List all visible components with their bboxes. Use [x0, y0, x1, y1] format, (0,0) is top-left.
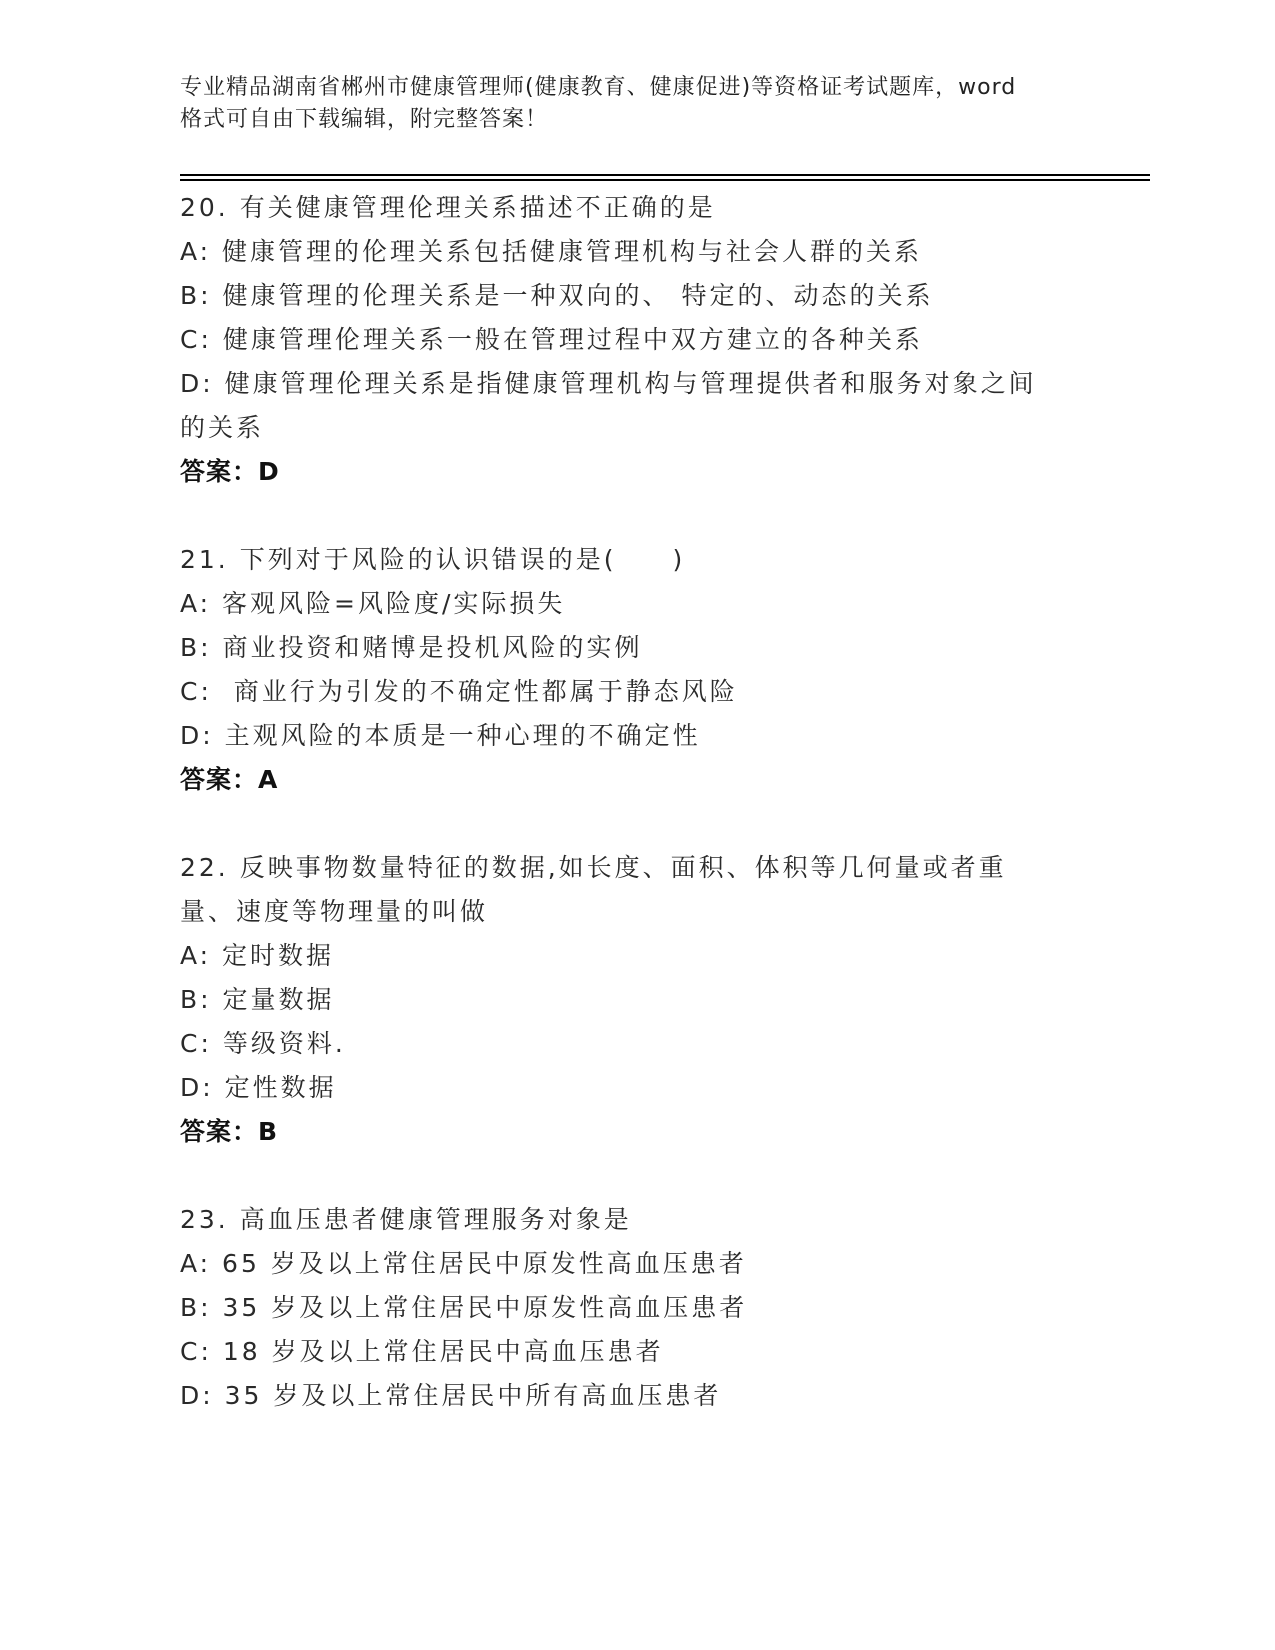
answer-label: 答案：D: [180, 450, 1060, 494]
option-a: A: 定时数据: [180, 934, 1060, 978]
header-divider-secondary: [180, 179, 1150, 181]
question-stem: 22. 反映事物数量特征的数据,如长度、面积、体积等几何量或者重量、速度等物理量…: [180, 846, 1040, 934]
option-c: C: 等级资料.: [180, 1022, 1060, 1066]
option-d: D: 主观风险的本质是一种心理的不确定性: [180, 714, 1060, 758]
option-a: A: 65 岁及以上常住居民中原发性高血压患者: [180, 1242, 1060, 1286]
question-stem: 21. 下列对于风险的认识错误的是( ): [180, 538, 1060, 582]
question-21: 21. 下列对于风险的认识错误的是( ) A: 客观风险=风险度/实际损失 B:…: [180, 538, 1060, 802]
question-stem: 23. 高血压患者健康管理服务对象是: [180, 1198, 1060, 1242]
option-d: D: 定性数据: [180, 1066, 1060, 1110]
question-22: 22. 反映事物数量特征的数据,如长度、面积、体积等几何量或者重量、速度等物理量…: [180, 846, 1060, 1154]
option-a: A: 健康管理的伦理关系包括健康管理机构与社会人群的关系: [180, 230, 1060, 274]
option-a: A: 客观风险=风险度/实际损失: [180, 582, 1060, 626]
answer-label: 答案：A: [180, 758, 1060, 802]
question-stem: 20. 有关健康管理伦理关系描述不正确的是: [180, 186, 1060, 230]
option-d: D: 35 岁及以上常住居民中所有高血压患者: [180, 1374, 1060, 1418]
option-d: D: 健康管理伦理关系是指健康管理机构与管理提供者和服务对象之间的关系: [180, 362, 1040, 450]
option-c: C: 18 岁及以上常住居民中高血压患者: [180, 1330, 1060, 1374]
option-b: B: 健康管理的伦理关系是一种双向的、 特定的、动态的关系: [180, 274, 1060, 318]
answer-label: 答案：B: [180, 1110, 1060, 1154]
question-20: 20. 有关健康管理伦理关系描述不正确的是 A: 健康管理的伦理关系包括健康管理…: [180, 186, 1060, 494]
option-b: B: 35 岁及以上常住居民中原发性高血压患者: [180, 1286, 1060, 1330]
option-c: C: 商业行为引发的不确定性都属于静态风险: [180, 670, 1060, 714]
header-line-1: 专业精品湖南省郴州市健康管理师(健康教育、健康促进)等资格证考试题库，word: [180, 72, 1080, 104]
document-header: 专业精品湖南省郴州市健康管理师(健康教育、健康促进)等资格证考试题库，word …: [180, 72, 1080, 136]
question-list: 20. 有关健康管理伦理关系描述不正确的是 A: 健康管理的伦理关系包括健康管理…: [180, 186, 1060, 1462]
option-b: B: 定量数据: [180, 978, 1060, 1022]
header-line-2: 格式可自由下载编辑，附完整答案！: [180, 104, 1080, 136]
option-c: C: 健康管理伦理关系一般在管理过程中双方建立的各种关系: [180, 318, 1060, 362]
question-23: 23. 高血压患者健康管理服务对象是 A: 65 岁及以上常住居民中原发性高血压…: [180, 1198, 1060, 1418]
option-b: B: 商业投资和赌博是投机风险的实例: [180, 626, 1060, 670]
header-divider: [180, 174, 1150, 176]
